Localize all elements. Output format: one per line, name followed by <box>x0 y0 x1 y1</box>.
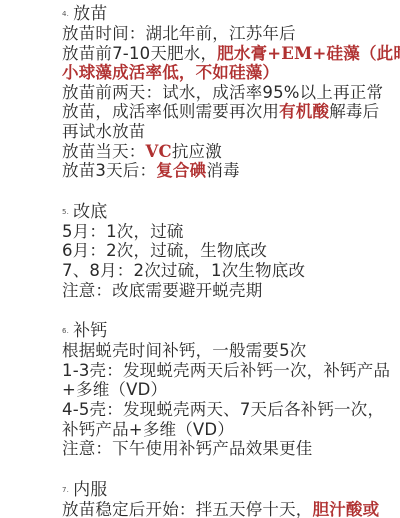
highlight-text: 小球藻成活率低，不如硅藻） <box>62 63 279 82</box>
spacer <box>62 181 400 202</box>
text-line: 放苗当天：VC抗应激 <box>62 142 400 162</box>
text-line: +多维（VD） <box>62 380 400 400</box>
highlight-text: VC <box>146 142 172 161</box>
section-gaidi: 5.改底 5月：1次，过硫 6月：2次，过硫，生物底改 7、8月：2次过硫，1次… <box>62 202 400 300</box>
text: 6月：2次，过硫，生物底改 <box>62 241 267 260</box>
text-line: 小球藻成活率低，不如硅藻） <box>62 63 400 83</box>
section-heading: 5.改底 <box>62 202 400 222</box>
section-number: 6. <box>62 327 69 335</box>
text-line: 放苗前7-10天肥水，肥水膏+EM+硅藻（此时 <box>62 44 400 64</box>
text: 放苗前两天：试水，成活率95%以上再正常 <box>62 83 383 102</box>
text-line: 放苗，成活率低则需要再次用有机酸解毒后 <box>62 102 400 122</box>
text-line: 再试水放苗 <box>62 122 400 142</box>
document-body: 4.放苗 放苗时间：湖北年前，江苏年后 放苗前7-10天肥水，肥水膏+EM+硅藻… <box>62 4 400 434</box>
text: 1-3壳：发现蜕壳两天后补钙一次，补钙产品 <box>62 361 390 380</box>
text-line: 5月：1次，过硫 <box>62 222 400 242</box>
text: 放苗时间：湖北年前，江苏年后 <box>62 24 296 43</box>
text: +多维（VD） <box>62 380 167 399</box>
text: 7、8月：2次过硫，1次生物底改 <box>62 261 305 280</box>
text: 消毒 <box>206 161 239 180</box>
text: 再试水放苗 <box>62 122 146 141</box>
section-bugai: 6.补钙 根据蜕壳时间补钙，一般需要5次 1-3壳：发现蜕壳两天后补钙一次，补钙… <box>62 321 400 434</box>
text: 4-5壳：发现蜕壳两天、7天后各补钙一次， <box>62 400 384 419</box>
text-line: 放苗前两天：试水，成活率95%以上再正常 <box>62 83 400 103</box>
text: 根据蜕壳时间补钙，一般需要5次 <box>62 341 307 360</box>
highlight-text: 复合碘 <box>156 161 206 180</box>
highlight-text: 肥水膏+EM+硅藻（此时 <box>217 44 400 63</box>
text: 放苗前7-10天肥水， <box>62 44 217 63</box>
text: 补钙产品+多维（VD） <box>62 420 234 435</box>
text: 放苗当天： <box>62 142 146 161</box>
section-number: 4. <box>62 10 69 18</box>
section-title: 补钙 <box>73 321 107 341</box>
text: 解毒后 <box>329 102 379 121</box>
text-line: 注意：改底需要避开蜕壳期 <box>62 281 400 301</box>
text-line: 根据蜕壳时间补钙，一般需要5次 <box>62 341 400 361</box>
section-fangmiao: 4.放苗 放苗时间：湖北年前，江苏年后 放苗前7-10天肥水，肥水膏+EM+硅藻… <box>62 4 400 181</box>
section-heading: 6.补钙 <box>62 321 400 341</box>
text: 5月：1次，过硫 <box>62 222 184 241</box>
text-line: 6月：2次，过硫，生物底改 <box>62 241 400 261</box>
text-line: 放苗时间：湖北年前，江苏年后 <box>62 24 400 44</box>
section-heading: 4.放苗 <box>62 4 400 24</box>
section-number: 5. <box>62 208 69 216</box>
highlight-text: 有机酸 <box>279 102 329 121</box>
text-line: 补钙产品+多维（VD） <box>62 420 400 435</box>
text: 抗应激 <box>172 142 222 161</box>
text: 注意：改底需要避开蜕壳期 <box>62 281 262 300</box>
text: 放苗3天后： <box>62 161 156 180</box>
text-line: 4-5壳：发现蜕壳两天、7天后各补钙一次， <box>62 400 400 420</box>
section-title: 改底 <box>73 202 107 222</box>
section-title: 放苗 <box>73 4 107 24</box>
text-line: 1-3壳：发现蜕壳两天后补钙一次，补钙产品 <box>62 361 400 381</box>
text: 放苗，成活率低则需要再次用 <box>62 102 279 121</box>
spacer <box>62 300 400 321</box>
text-line: 7、8月：2次过硫，1次生物底改 <box>62 261 400 281</box>
text-line: 放苗3天后：复合碘消毒 <box>62 161 400 181</box>
